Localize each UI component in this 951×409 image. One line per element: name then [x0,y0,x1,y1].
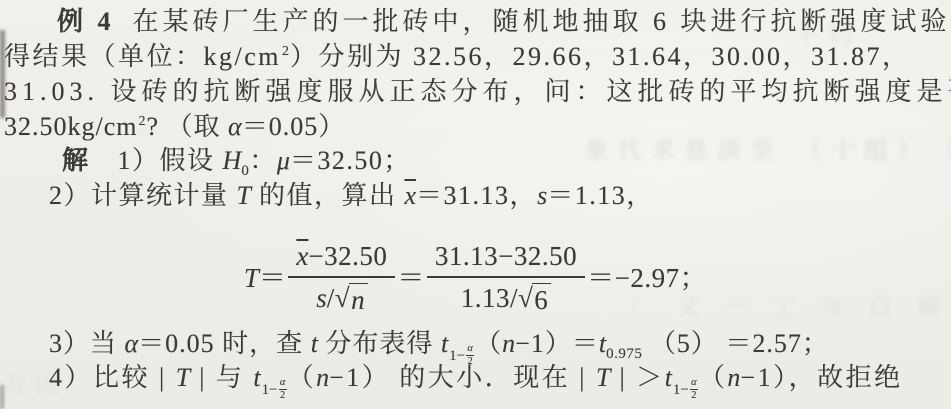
step-text: ＝31.13， [416,181,537,210]
step-text: ＝0.05 时，查 [138,329,311,358]
denominator: 1.13/√6 [453,278,560,316]
superscript-2: 2 [139,114,146,129]
square-root: √6 [518,283,551,316]
subfraction-denominator: 2 [279,389,287,402]
step-text: | ＞ [610,363,664,392]
problem-text: 得结果（单位：kg/cm [4,42,281,71]
superscript-2: 2 [282,44,289,59]
t-symbol: t [253,363,260,392]
t-symbol: t [311,329,318,358]
n-symbol: n [727,363,740,392]
mu-symbol: μ [277,146,290,175]
s-symbol: s [537,181,547,210]
radicand-6: 6 [532,283,551,316]
statistic-T: T [596,363,610,392]
xbar-symbol: x [405,181,417,210]
radical-icon: √ [518,283,533,314]
radical-icon: √ [335,283,350,314]
denominator: s/√n [308,278,375,316]
alpha-over-2: α2 [279,378,287,401]
problem-line-3: 31.03. 设砖的抗断强度服从正态分布，问：这批砖的平均抗断强度是否为 [4,77,949,107]
problem-text: ? （取 [147,112,229,141]
step-text: −1）＝ [515,329,599,358]
slash: / [327,283,335,313]
solution-tag: 解 [62,146,90,175]
step-text: ＝32.50； [290,146,411,175]
step-text: 2）计算统计量 [49,181,237,210]
problem-line-4: 32.50kg/cm2? （取 α＝0.05） [4,112,949,142]
t-quantile-subscript: 1−α2 [673,375,698,398]
t-quantile-subscript: 1−α2 [449,341,474,364]
step-text: −1） 的大小．现在 | [329,363,596,392]
fraction-numeric: 31.13−32.501.13/√6 [427,241,585,316]
statistic-T: T [176,363,190,392]
t-symbol: t [665,363,672,392]
step-text: 4）比较 | [49,363,176,392]
problem-line-2: 得结果（单位：kg/cm2）分别为 32.56，29.66，31.64，30.0… [4,42,949,72]
n-symbol: n [316,363,329,392]
equals-sign: ＝ [397,263,425,294]
statistic-T: T [244,263,259,294]
subfraction-denominator: 2 [690,389,698,402]
hypothesis-H: H [223,146,242,175]
s-symbol: s [316,283,327,313]
subscript-text: 1− [449,349,465,364]
problem-text: 32.50kg/cm [4,112,138,141]
t-symbol: t [599,329,606,358]
statistic-T: T [237,181,251,210]
alpha-over-2: α2 [690,378,698,401]
step-text: （ [475,329,502,358]
t-statistic-formula: T＝x−32.50s/√n＝31.13−32.501.13/√6＝−2.97； [0,241,951,316]
alpha-symbol: α [125,329,139,358]
denominator-text: 1.13/ [461,283,518,313]
step-text: −1），故拒绝 [740,363,902,392]
problem-line-1: 例 4在某砖厂生产的一批砖中，随机地抽取 6 块进行抗断强度试验，测 [4,7,949,37]
problem-text: ＝0.05） [242,112,346,141]
problem-text: 31.03. 设砖的抗断强度服从正态分布，问：这批砖的平均抗断强度是否为 [4,77,951,106]
step-text: ＝1.13， [547,181,654,210]
t-symbol: t [441,329,448,358]
numerator: x−32.50 [288,241,395,278]
solution-step-3: 3）当 α＝0.05 时，查 t 分布表得 t1−α2（n−1）＝t0.975 … [4,329,949,364]
xbar-symbol: x [296,241,308,271]
numerator: 31.13−32.50 [427,241,585,278]
n-symbol: n [502,329,515,358]
example-tag: 例 4 [57,7,115,36]
step-text: （ [699,363,728,392]
formula-result: ＝−2.97； [587,263,707,294]
subscript-0975: 0.975 [606,346,642,362]
step-text: （ [288,363,317,392]
textbook-page: 象代求息淡至 （十组） 先 平均 〕 又 一 工 分 白 烟 力山 例 4在某砖… [0,0,951,409]
fraction-symbolic: x−32.50s/√n [288,241,395,316]
numerator-text: −32.50 [308,241,387,271]
equals-sign: ＝ [259,263,287,294]
subscript-text: 1− [673,383,689,398]
step-text: | 与 [190,363,253,392]
step-text: ： [249,146,277,175]
subscript-text: 1− [262,383,278,398]
solution-step-2: 2）计算统计量 T 的值，算出 x＝31.13，s＝1.13， [4,181,949,211]
alpha-symbol: α [280,378,286,389]
problem-text: 在某砖厂生产的一批砖中，随机地抽取 6 块进行抗断强度试验，测 [133,7,951,36]
solution-step-1: 解1）假设 H0：μ＝32.50； [4,146,949,180]
alpha-symbol: α [228,112,242,141]
step-text: （5） ＝2.57； [642,329,829,358]
solution-step-4: 4）比较 | T | 与 t1−α2（n−1） 的大小．现在 | T | ＞t1… [4,363,949,398]
step-text: 分布表得 [318,329,441,358]
radicand-n: n [349,283,368,316]
problem-text: ）分别为 32.56，29.66，31.64，30.00，31.87， [290,42,911,71]
step-text: 3）当 [49,329,125,358]
step-text: 的值，算出 [251,181,405,210]
step-text: 1）假设 [118,146,223,175]
alpha-symbol: α [691,378,697,389]
alpha-symbol: α [467,344,473,355]
t-quantile-subscript: 1−α2 [262,375,287,398]
square-root: √n [335,283,368,316]
